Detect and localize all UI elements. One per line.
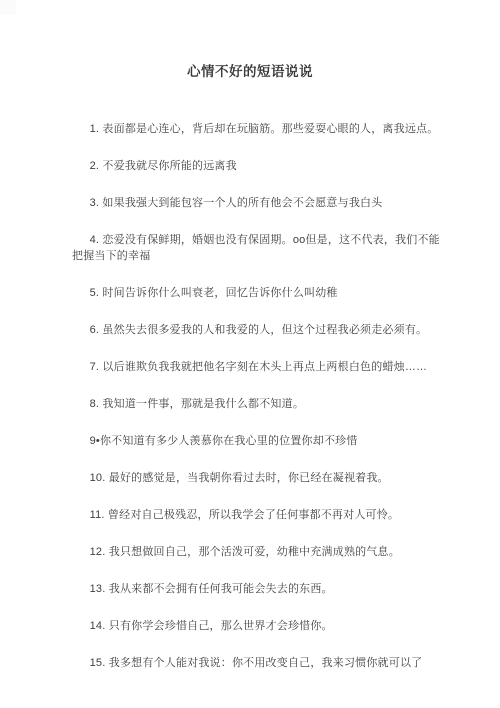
list-item: 14. 只有你学会珍惜自己，那么世界才会珍惜你。	[72, 618, 447, 634]
quote-list: 1. 表面都是心连心，背后却在玩脑筋。那些爱耍心眼的人，离我远点。 2. 不爱我…	[0, 121, 500, 671]
list-item: 15. 我多想有个人能对我说：你不用改变自己，我来习惯你就可以了	[72, 655, 447, 671]
list-item: 9•你不知道有多少人羡慕你在我心里的位置你却不珍惜	[72, 433, 447, 449]
list-item: 4. 恋爱没有保鲜期，婚姻也没有保固期。oo但是，这不代表，我们不能把握当下的幸…	[72, 232, 447, 264]
document-page: 心情不好的短语说说 1. 表面都是心连心，背后却在玩脑筋。那些爱耍心眼的人，离我…	[0, 0, 500, 708]
corner-artifact	[0, 0, 16, 15]
list-item: 12. 我只想做回自己，那个活泼可爱，幼稚中充满成熟的气息。	[72, 544, 447, 560]
list-item: 7. 以后谁欺负我我就把他名字刻在木头上再点上两根白色的蜡烛……	[72, 359, 447, 375]
list-item: 1. 表面都是心连心，背后却在玩脑筋。那些爱耍心眼的人，离我远点。	[72, 121, 447, 137]
list-item: 11. 曾经对自己极残忍，所以我学会了任何事都不再对人可怜。	[72, 507, 447, 523]
list-item: 10. 最好的感觉是，当我朝你看过去时，你已经在凝视着我。	[72, 470, 447, 486]
list-item: 13. 我从来都不会拥有任何我可能会失去的东西。	[72, 581, 447, 597]
list-item: 8. 我知道一件事，那就是我什么都不知道。	[72, 396, 447, 412]
list-item: 2. 不爱我就尽你所能的远离我	[72, 158, 447, 174]
list-item: 6. 虽然失去很多爱我的人和我爱的人，但这个过程我必须走必须有。	[72, 322, 447, 338]
page-title: 心情不好的短语说说	[0, 0, 500, 80]
list-item: 3. 如果我强大到能包容一个人的所有他会不会愿意与我白头	[72, 195, 447, 211]
list-item: 5. 时间告诉你什么叫衰老，回忆告诉你什么叫幼稚	[72, 285, 447, 301]
